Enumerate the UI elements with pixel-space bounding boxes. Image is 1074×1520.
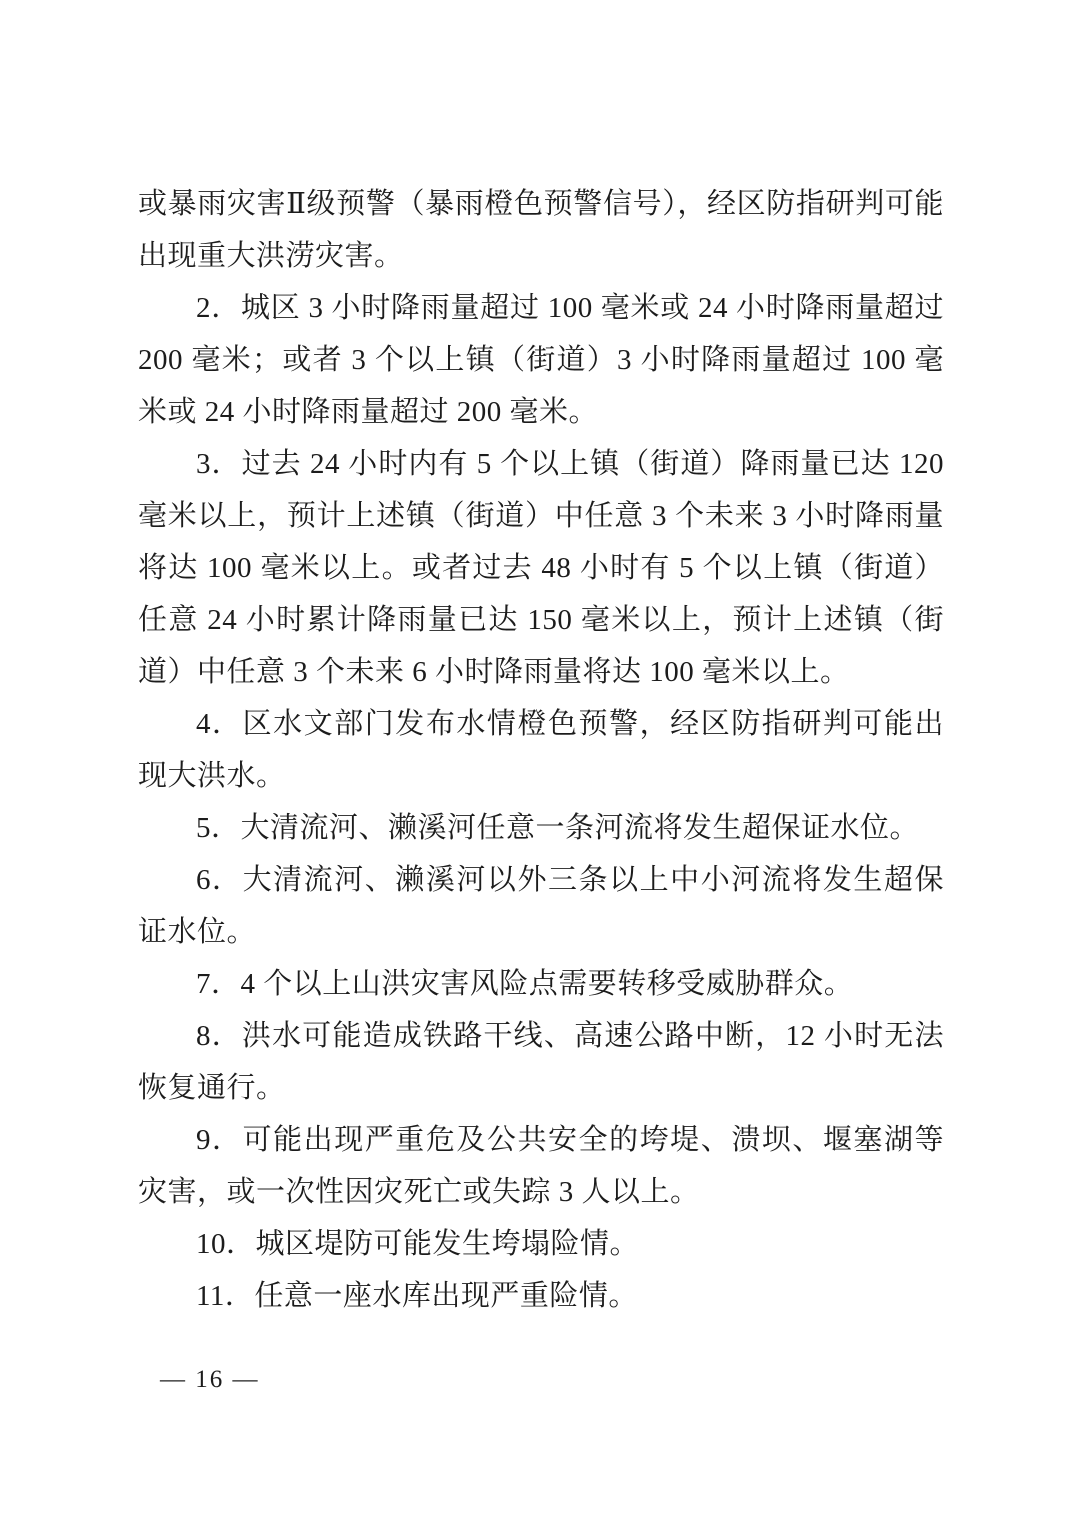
paragraph-item-9: 9．可能出现严重危及公共安全的垮堤、溃坝、堰塞湖等灾害，或一次性因灾死亡或失踪 … (138, 1114, 944, 1218)
paragraph-continuation: 或暴雨灾害Ⅱ级预警（暴雨橙色预警信号），经区防指研判可能出现重大洪涝灾害。 (138, 178, 944, 282)
paragraph-item-7: 7．4 个以上山洪灾害风险点需要转移受威胁群众。 (138, 958, 944, 1010)
paragraph-item-3: 3．过去 24 小时内有 5 个以上镇（街道）降雨量已达 120 毫米以上，预计… (138, 438, 944, 698)
paragraph-item-6: 6．大清流河、濑溪河以外三条以上中小河流将发生超保证水位。 (138, 854, 944, 958)
paragraph-item-2: 2．城区 3 小时降雨量超过 100 毫米或 24 小时降雨量超过 200 毫米… (138, 282, 944, 438)
page-number: — 16 — (160, 1364, 260, 1396)
document-page: 或暴雨灾害Ⅱ级预警（暴雨橙色预警信号），经区防指研判可能出现重大洪涝灾害。 2．… (0, 0, 1074, 1520)
document-body: 或暴雨灾害Ⅱ级预警（暴雨橙色预警信号），经区防指研判可能出现重大洪涝灾害。 2．… (138, 178, 944, 1322)
paragraph-item-5: 5．大清流河、濑溪河任意一条河流将发生超保证水位。 (138, 802, 944, 854)
paragraph-item-11: 11．任意一座水库出现严重险情。 (138, 1270, 944, 1322)
paragraph-item-8: 8．洪水可能造成铁路干线、高速公路中断，12 小时无法恢复通行。 (138, 1010, 944, 1114)
paragraph-item-4: 4．区水文部门发布水情橙色预警，经区防指研判可能出现大洪水。 (138, 698, 944, 802)
paragraph-item-10: 10．城区堤防可能发生垮塌险情。 (138, 1218, 944, 1270)
